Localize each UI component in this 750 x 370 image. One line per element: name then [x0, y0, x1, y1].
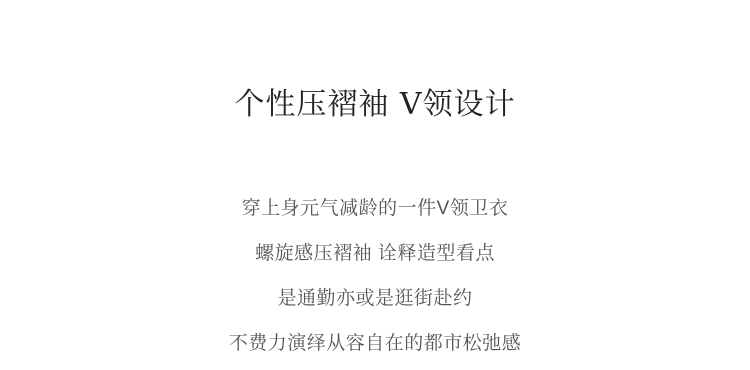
description-line-1: 穿上身元气减龄的一件V领卫衣	[0, 198, 750, 219]
product-feature-title: 个性压褶袖 V领设计	[0, 88, 750, 122]
product-description-section: 个性压褶袖 V领设计 穿上身元气减龄的一件V领卫衣 螺旋感压褶袖 诠释造型看点 …	[0, 0, 750, 370]
description-line-3: 是通勤亦或是逛街赴约	[0, 288, 750, 309]
description-line-2: 螺旋感压褶袖 诠释造型看点	[0, 243, 750, 264]
description-line-4: 不费力演绎从容自在的都市松弛感	[0, 333, 750, 354]
product-description-lines: 穿上身元气减龄的一件V领卫衣 螺旋感压褶袖 诠释造型看点 是通勤亦或是逛街赴约 …	[0, 198, 750, 354]
